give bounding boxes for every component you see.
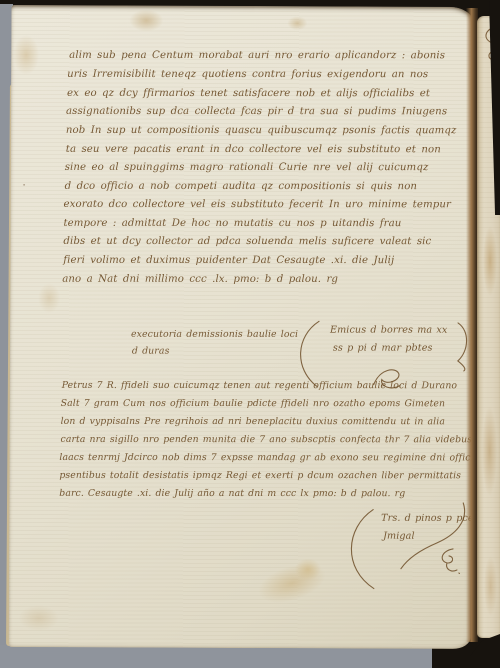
manuscript-line: fieri volimo et duximus puidenter Dat Ce… [63, 255, 394, 266]
bracket-left-icon [341, 506, 377, 592]
stain [295, 558, 321, 580]
entry-heading-line: executoria demissionis baulie loci [131, 329, 298, 340]
manuscript-line: ta seu vere pacatis erant in dco collect… [66, 144, 441, 155]
manuscript-line: laacs tenrmj Jdcirco nob dims 7 expsse m… [59, 452, 500, 463]
manuscript-line: alim sub pena Centum morabat auri nro er… [69, 50, 445, 61]
registrar-note-line: ss p pi d mar pbtes [333, 343, 433, 354]
manuscript-line: ano a Nat dni millimo ccc .lx. pmo: b d … [62, 274, 338, 285]
manuscript-line: nob In sup ut compositionis quascu quibu… [66, 125, 457, 136]
stain [287, 16, 307, 30]
stain [19, 605, 59, 631]
stain [483, 226, 497, 296]
stain [38, 283, 60, 313]
manuscript-line: Petrus 7 R. ffideli suo cuicumqz tenen a… [62, 380, 457, 391]
paraph-flourish-icon [433, 547, 461, 575]
manuscript-line: sine eo al spuinggims magro rationali Cu… [65, 162, 429, 173]
stain [484, 556, 497, 616]
manuscript-line: ex eo qz dcy ffirmarios tenet satisfacer… [67, 88, 430, 99]
stain [253, 556, 330, 610]
manuscript-page: alim sub pena Centum morabat auri nro er… [9, 5, 474, 649]
registrar-note-line: Emicus d borres ma xx [330, 325, 447, 336]
manuscript-line: Salt 7 gram Cum nos officium baulie pdic… [61, 398, 445, 409]
chancery-note-line: Jmigal [383, 531, 415, 542]
stain [13, 35, 39, 75]
entry-heading-line: d duras [132, 346, 170, 357]
manuscript-line: carta nra sigillo nro penden munita die … [61, 434, 473, 445]
manuscript-line: dibs et ut dcy collector ad pdca soluend… [63, 236, 431, 247]
manuscript-line: uris Irremisibilit teneqz quotiens contr… [67, 69, 428, 80]
stain [482, 406, 497, 496]
manuscript-photo: alim sub pena Centum morabat auri nro er… [0, 0, 500, 668]
manuscript-line: d dco officio a nob competi audita qz co… [65, 181, 417, 192]
stain [129, 10, 163, 32]
manuscript-line: lon d vyppisalns Pre regrihois ad nri be… [61, 416, 445, 427]
manuscript-line: barc. Cesaugte .xi. die Julij año a nat … [59, 488, 405, 499]
manuscript-line: assignationibs sup dca collecta fcas pir… [66, 106, 447, 117]
manuscript-line: exorato dco collectore vel eis substitut… [64, 199, 451, 210]
manuscript-line: psentibus totalit desistatis ipmqz Regi … [59, 470, 461, 481]
manuscript-line: tempore : admittat De hoc no mutatis cu … [63, 218, 401, 229]
margin-mark: · [23, 181, 26, 191]
